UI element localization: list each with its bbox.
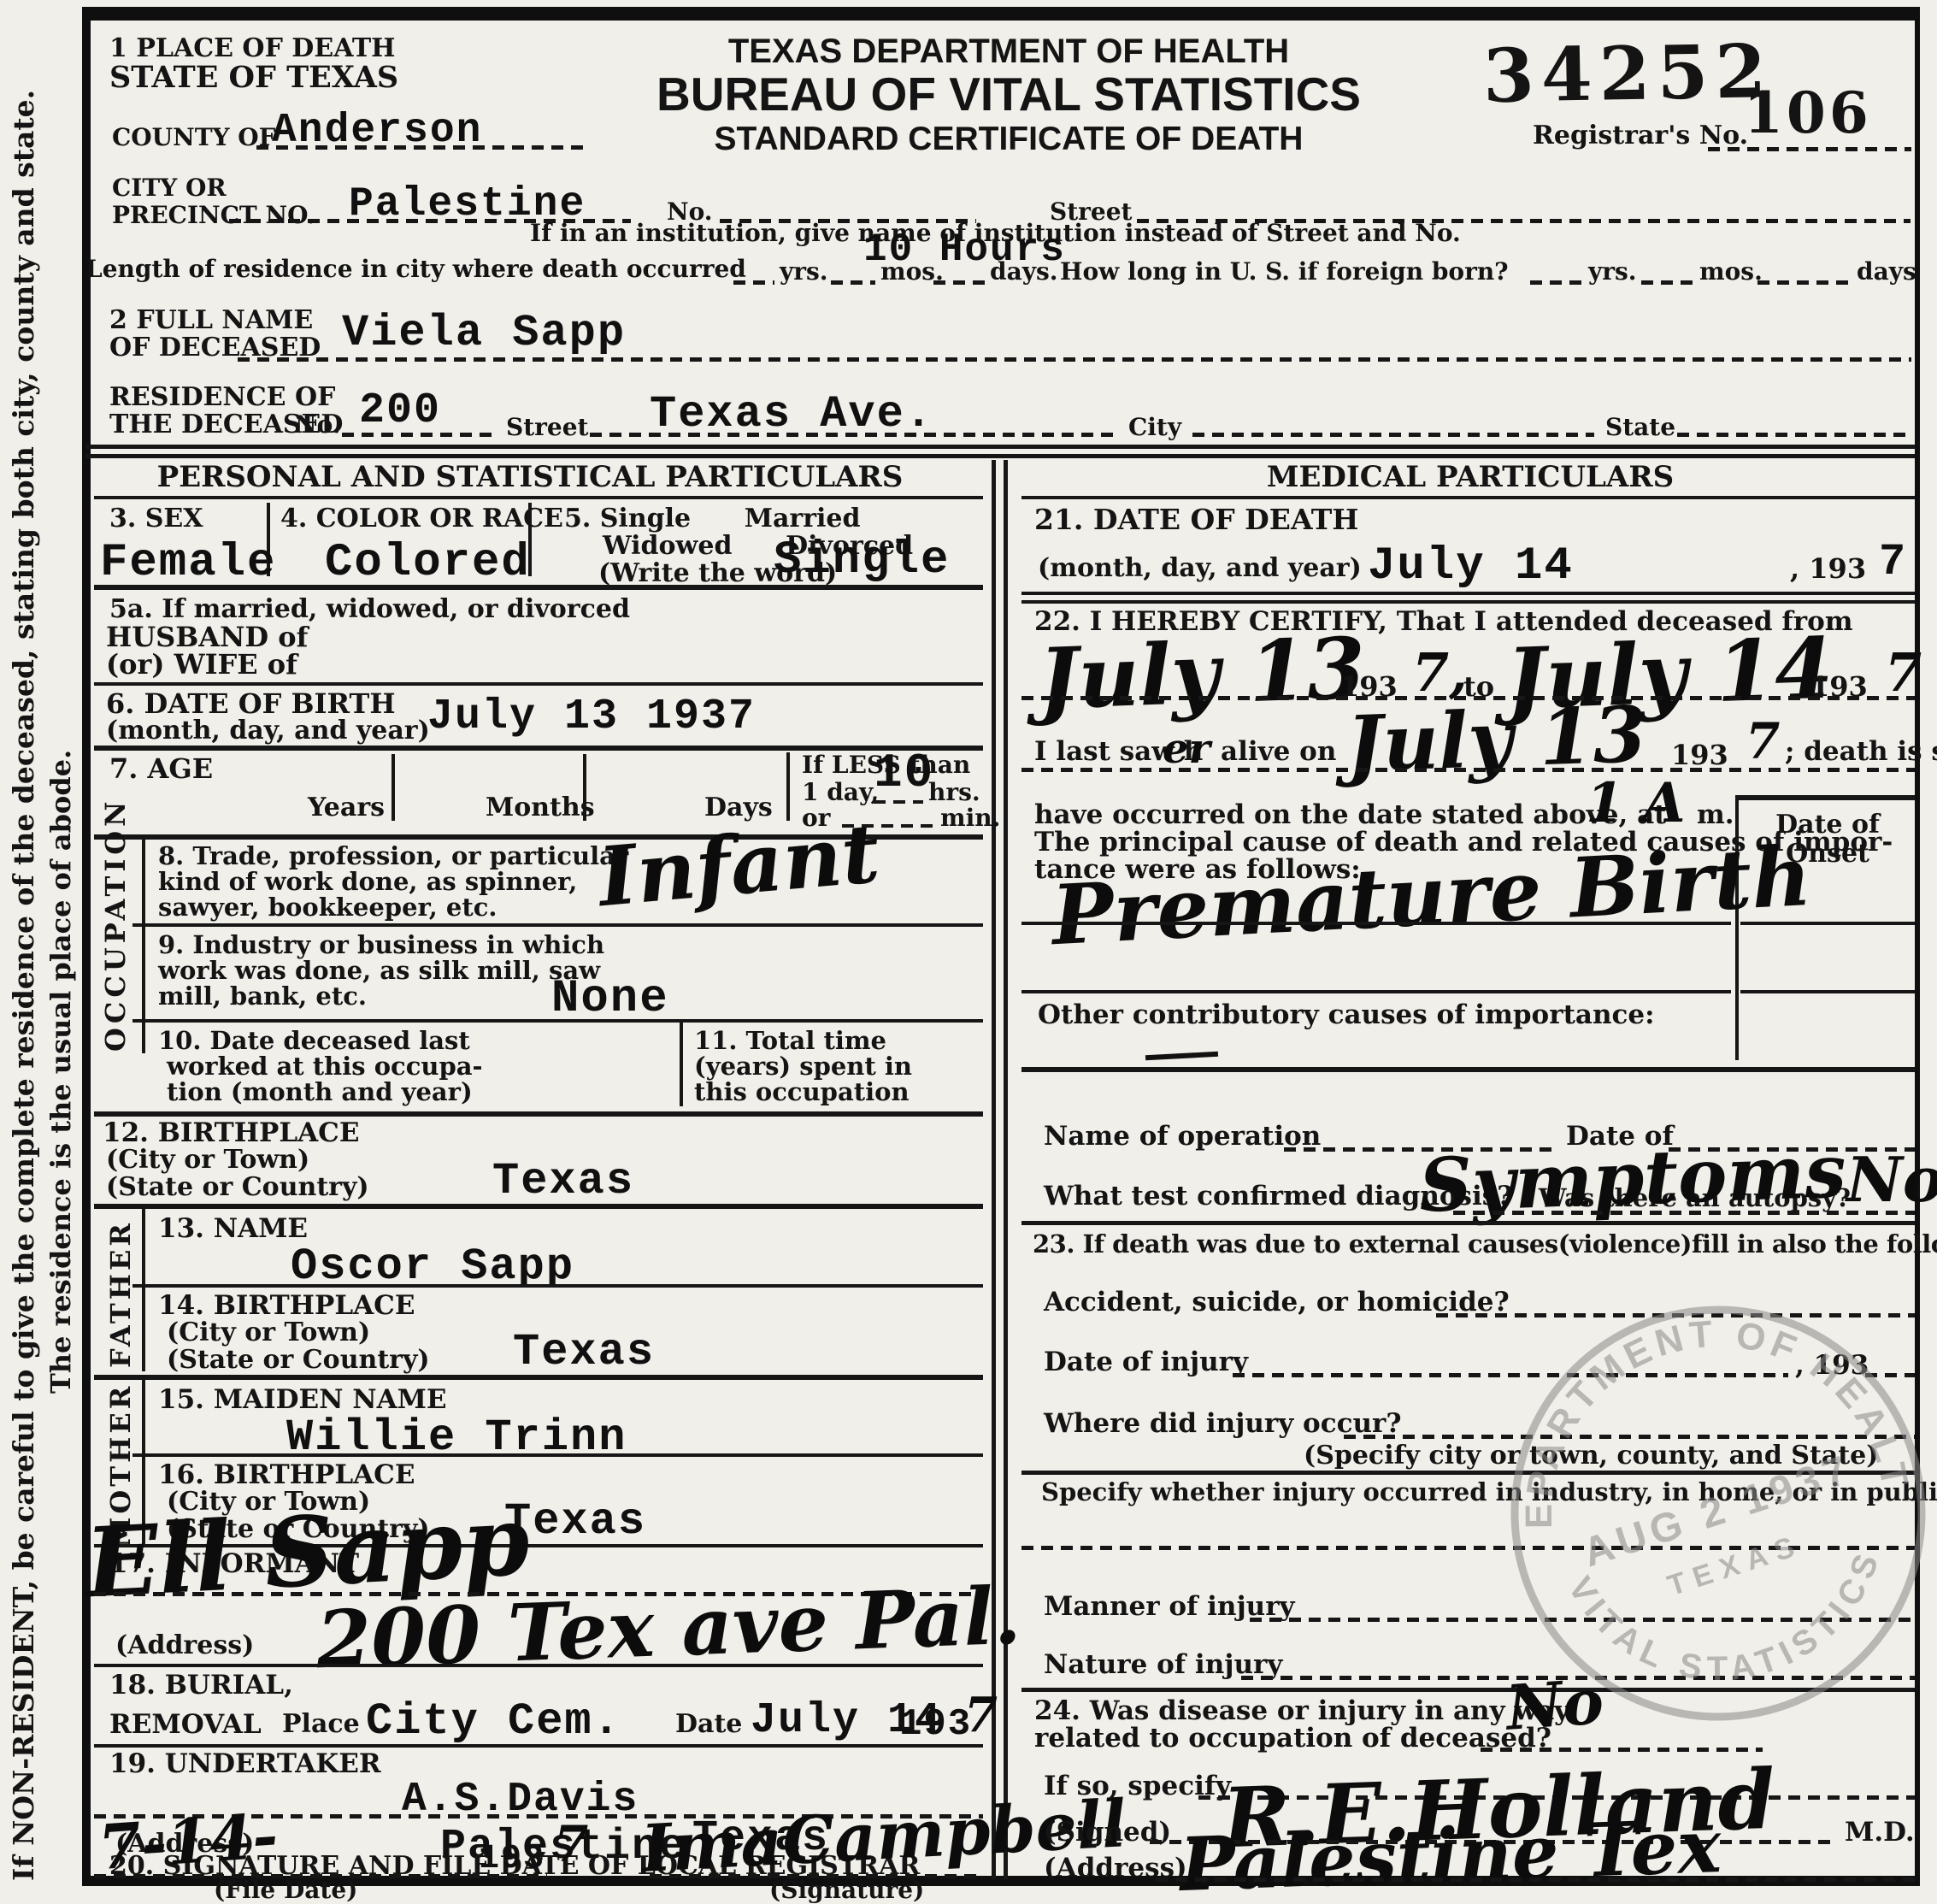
yrs2-label: yrs. xyxy=(1588,259,1637,286)
trade-value-handwritten: Infant xyxy=(595,813,882,918)
rule-line xyxy=(85,445,1915,449)
lastworked-label3: tion (month and year) xyxy=(167,1079,473,1106)
rule-line xyxy=(238,357,1911,362)
dod-year-value: 7 xyxy=(1879,537,1907,587)
rule-line xyxy=(1021,922,1731,925)
father-bp-value: Texas xyxy=(513,1327,655,1377)
accident-label: Accident, suicide, or homicide? xyxy=(1044,1288,1510,1317)
occurred-label2: m. xyxy=(1697,800,1734,829)
uslong-label: How long in U. S. if foreign born? xyxy=(1060,259,1509,286)
res-city-label: City xyxy=(1128,415,1181,441)
rule-line xyxy=(132,1019,983,1023)
lastsaw-handwritten-er: er xyxy=(1163,728,1210,769)
marital-label: 5. Single Married xyxy=(564,504,860,533)
color-race-label: 4. COLOR OR RACE xyxy=(280,504,563,533)
occ-related-label: 24. Was disease or injury in any way xyxy=(1034,1696,1569,1725)
residence-label: RESIDENCE OF xyxy=(109,383,335,411)
removal-label: REMOVAL xyxy=(109,1710,262,1739)
autopsy-value-handwritten: No xyxy=(1846,1149,1937,1211)
physician-addr-handwritten: Palestine Tex xyxy=(1179,1810,1722,1902)
file-date-handwritten: 7-14- xyxy=(97,1805,280,1878)
personal-section-title: PERSONAL AND STATISTICAL PARTICULARS xyxy=(120,462,940,493)
informant-addr-label: (Address) xyxy=(115,1631,254,1659)
age-label: 7. AGE xyxy=(109,754,213,784)
cell-divider xyxy=(786,752,790,821)
trade-label3: sawyer, bookkeeper, etc. xyxy=(158,894,497,922)
county-label: COUNTY OF xyxy=(112,125,276,151)
rule-line xyxy=(94,682,983,686)
res-no-label: No. xyxy=(295,412,341,439)
length-residence-label: Length of residence in city where death … xyxy=(85,256,746,283)
age-months-label: Months xyxy=(486,793,595,822)
rule-line xyxy=(94,1111,983,1117)
wife-label: (or) WIFE of xyxy=(106,650,297,680)
rule-line xyxy=(256,145,590,150)
age-min-label: min. xyxy=(940,805,1000,832)
burial-year: 193 xyxy=(899,1703,972,1746)
rule-line xyxy=(85,454,1915,458)
contrib-label: Other contributory causes of importance: xyxy=(1038,1000,1655,1029)
rule-line xyxy=(132,1453,983,1457)
rule-line xyxy=(1735,795,1915,800)
dept-title: TEXAS DEPARTMENT OF HEALTH xyxy=(658,32,1359,70)
mos2-label: mos. xyxy=(1699,259,1763,286)
sex-label: 3. SEX xyxy=(109,504,203,533)
rule-line xyxy=(1021,990,1731,993)
cell-divider xyxy=(583,754,586,821)
place-of-death-label: 1 PLACE OF DEATH xyxy=(109,34,396,62)
industry-value: None xyxy=(551,973,669,1025)
operation-label: Name of operation xyxy=(1044,1122,1321,1151)
margin-note-outer: If NON-RESIDENT, be careful to give the … xyxy=(7,26,40,1881)
file-year-handwritten: 7 xyxy=(554,1819,588,1869)
rule-line xyxy=(874,800,923,804)
received-stamp: DEPARTMENT OF HEALTH VITAL STATISTICS AU… xyxy=(1479,1274,1937,1754)
married-5a-label: 5a. If married, widowed, or divorced xyxy=(109,595,630,623)
file-date-sub-label: (File Date) xyxy=(214,1877,357,1904)
signed-md-label: M.D. xyxy=(1845,1818,1915,1847)
rule-line xyxy=(1021,592,1915,595)
length-residence-value: 10 Hours xyxy=(863,227,1066,272)
injury-date-label: Date of injury xyxy=(1044,1347,1248,1376)
rule-line xyxy=(1156,1877,1915,1882)
fullname-value: Viela Sapp xyxy=(342,308,626,358)
group-divider xyxy=(142,1209,145,1371)
occurred-label: have occurred on the date stated above, … xyxy=(1034,800,1667,829)
rule-line xyxy=(94,1744,983,1748)
birthplace-value: Texas xyxy=(492,1156,634,1206)
industry-label3: mill, bank, etc. xyxy=(158,983,367,1011)
res-state-label: State xyxy=(1605,415,1675,441)
burial-place-label: Place xyxy=(282,1710,360,1738)
dob-label: 6. DATE OF BIRTH xyxy=(106,689,396,719)
occ-related-label2: related to occupation of deceased? xyxy=(1034,1724,1551,1753)
city-precinct-label2: PRECINCT NO. xyxy=(112,203,315,229)
state-of-texas-label: STATE OF TEXAS xyxy=(109,62,398,95)
birthplace-sub1: (City or Town) xyxy=(106,1146,309,1174)
death-certificate-page: If NON-RESIDENT, be careful to give the … xyxy=(0,0,1937,1904)
father-name-label: 13. NAME xyxy=(158,1214,308,1243)
registrar-no-label: Registrar's No. xyxy=(1533,121,1748,150)
rule-line xyxy=(1677,433,1911,437)
sex-value: Female xyxy=(100,537,276,589)
birthplace-label: 12. BIRTHPLACE xyxy=(103,1118,359,1147)
rule-line xyxy=(1021,496,1915,499)
margin-note-inner: The residence is the usual place of abod… xyxy=(44,282,77,1394)
color-race-value: Colored xyxy=(325,537,531,589)
lastsaw-label3: ; death is said to xyxy=(1785,737,1937,766)
rule-line xyxy=(1530,280,1583,285)
dod-value: July 14 xyxy=(1368,540,1574,592)
dod-label: 21. DATE OF DEATH xyxy=(1034,504,1358,535)
days2-label: days xyxy=(1857,259,1916,286)
rule-line xyxy=(132,1284,983,1288)
dod-sub-label: (month, day, and year) xyxy=(1038,554,1362,582)
rule-line xyxy=(831,280,875,285)
from-year-handwritten: 7, xyxy=(1412,646,1468,699)
father-bp-sub1: (City or Town) xyxy=(167,1318,370,1347)
burial-place-value: City Cem. xyxy=(366,1696,621,1747)
nature-label: Nature of injury xyxy=(1044,1650,1282,1679)
dob-value: July 13 1937 xyxy=(427,693,756,741)
signature-sub-label: (Signature) xyxy=(769,1877,924,1904)
manner-label: Manner of injury xyxy=(1044,1592,1295,1621)
mother-bp-label: 16. BIRTHPLACE xyxy=(158,1460,415,1489)
rule-line xyxy=(94,1375,983,1380)
attended-from-handwritten: July 13 xyxy=(1037,627,1366,722)
burial-year-handwritten: 7 xyxy=(964,1691,998,1739)
occupation-vertical-label: OCCUPATION xyxy=(99,846,132,1052)
birthplace-sub2: (State or Country) xyxy=(106,1173,369,1201)
cell-divider xyxy=(392,754,395,821)
yrs-label: yrs. xyxy=(780,259,828,286)
father-vertical-label: FATHER xyxy=(104,1214,137,1368)
lastsaw-year-label: 193 xyxy=(1671,740,1728,770)
father-bp-sub2: (State or Country) xyxy=(167,1346,430,1374)
registrar-no-value: 106 xyxy=(1744,82,1872,144)
rule-line xyxy=(94,1204,983,1209)
file-year: 193 xyxy=(479,1840,545,1878)
res-street-value: Texas Ave. xyxy=(650,389,933,439)
certificate-number: 34252 xyxy=(1482,32,1774,117)
dod-year-label: , 193 xyxy=(1790,554,1866,584)
rule-line xyxy=(933,280,986,285)
totaltime-label3: this occupation xyxy=(694,1079,910,1106)
to-year-handwritten: 7 xyxy=(1885,646,1922,699)
undertaker-label: 19. UNDERTAKER xyxy=(109,1749,381,1778)
rule-line xyxy=(1453,1211,1915,1215)
res-street-label: Street xyxy=(506,415,588,441)
burial-date-label: Date xyxy=(675,1710,742,1738)
rule-line xyxy=(1641,280,1694,285)
rule-line xyxy=(1708,147,1911,151)
rule-line xyxy=(1192,433,1594,437)
rule-line xyxy=(733,280,774,285)
external-causes-label: 23. If death was due to external causes(… xyxy=(1033,1231,1937,1259)
column-divider xyxy=(1004,460,1008,1879)
age-hrs-label: hrs. xyxy=(928,780,980,806)
age-hrs-value: 10 xyxy=(874,746,934,800)
age-years-label: Years xyxy=(308,793,385,822)
city-precinct-label: CITY OR xyxy=(112,175,227,202)
marital-value: Single xyxy=(774,534,950,587)
rule-line xyxy=(1021,1221,1915,1225)
rule-line xyxy=(1021,600,1915,604)
rule-line xyxy=(94,585,983,590)
rule-line xyxy=(1757,280,1852,285)
fullname-label: 2 FULL NAME xyxy=(109,306,313,334)
rule-line xyxy=(1740,990,1915,993)
occurred-time-handwritten: 1 A xyxy=(1586,776,1685,831)
rule-line xyxy=(94,496,983,499)
cell-divider xyxy=(680,1023,683,1106)
injury-where-label: Where did injury occur? xyxy=(1044,1409,1402,1438)
rule-line xyxy=(132,923,983,927)
certificate-title: STANDARD CERTIFICATE OF DEATH xyxy=(658,121,1359,158)
dob-sub-label: (month, day, and year) xyxy=(106,716,430,745)
lastsaw-year-handwritten: 7 xyxy=(1746,716,1780,766)
lastsaw-label2: alive on xyxy=(1221,737,1336,766)
father-bp-label: 14. BIRTHPLACE xyxy=(158,1291,415,1320)
mother-name-label: 15. MAIDEN NAME xyxy=(158,1385,447,1414)
rule-line xyxy=(1021,768,1915,772)
res-no-value: 200 xyxy=(359,386,441,435)
age-less-label2: 1 day, xyxy=(802,780,879,806)
column-divider xyxy=(992,460,996,1879)
rule-line xyxy=(342,433,496,437)
rule-line xyxy=(94,1664,983,1667)
rule-line xyxy=(1740,922,1915,925)
bureau-title: BUREAU OF VITAL STATISTICS xyxy=(624,68,1393,121)
rule-line xyxy=(1021,1067,1915,1072)
burial-label: 18. BURIAL, xyxy=(109,1671,293,1700)
medical-section-title: MEDICAL PARTICULARS xyxy=(1021,462,1919,493)
